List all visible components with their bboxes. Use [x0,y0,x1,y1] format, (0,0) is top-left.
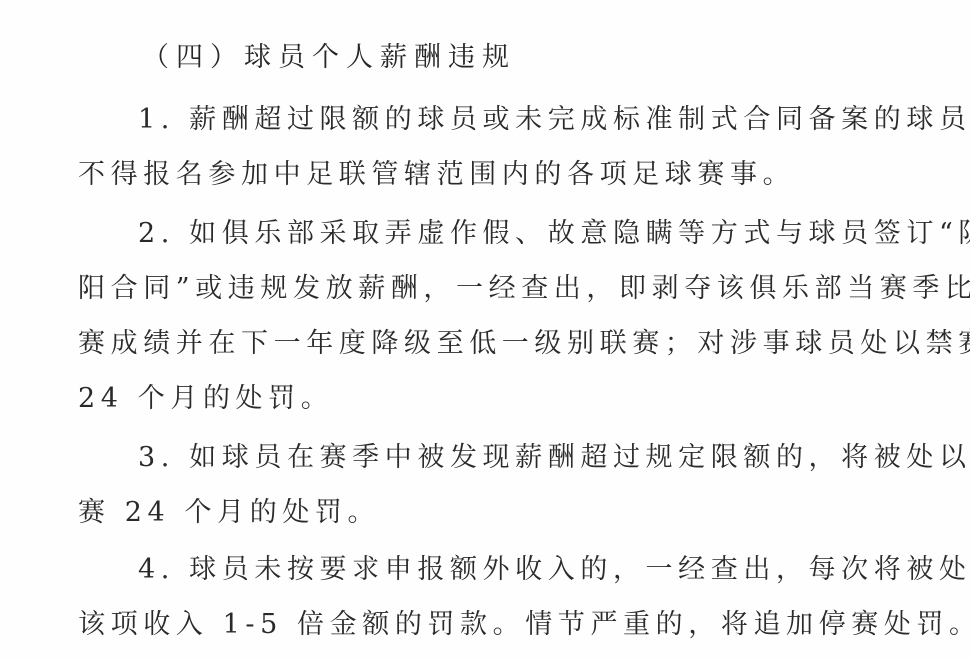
document-page: （四）球员个人薪酬违规 1. 薪酬超过限额的球员或未完成标准制式合同备案的球员，… [0,0,970,660]
paragraph-line: 阳合同”或违规发放薪酬，一经查出，即剥夺该俱乐部当赛季比 [78,261,908,316]
paragraph-line: 赛成绩并在下一年度降级至低一级别联赛；对涉事球员处以禁赛 [78,316,908,371]
paragraph-line: 不得报名参加中足联管辖范围内的各项足球赛事。 [78,147,908,202]
paragraph-line: 3. 如球员在赛季中被发现薪酬超过规定限额的，将被处以禁 [78,430,908,485]
paragraph-line: 2. 如俱乐部采取弄虚作假、故意隐瞒等方式与球员签订“阴 [78,206,908,261]
paragraph-line: 赛 24 个月的处罚。 [78,485,908,540]
paragraph-3: 3. 如球员在赛季中被发现薪酬超过规定限额的，将被处以禁 赛 24 个月的处罚。 [78,430,908,540]
section-heading: （四）球员个人薪酬违规 [142,38,516,78]
paragraph-4: 4. 球员未按要求申报额外收入的，一经查出，每次将被处以 该项收入 1-5 倍金… [78,542,908,652]
paragraph-1: 1. 薪酬超过限额的球员或未完成标准制式合同备案的球员， 不得报名参加中足联管辖… [78,92,908,202]
paragraph-line: 24 个月的处罚。 [78,371,908,426]
paragraph-line: 4. 球员未按要求申报额外收入的，一经查出，每次将被处以 [78,542,908,597]
paragraph-2: 2. 如俱乐部采取弄虚作假、故意隐瞒等方式与球员签订“阴 阳合同”或违规发放薪酬… [78,206,908,426]
paragraph-line: 该项收入 1-5 倍金额的罚款。情节严重的，将追加停赛处罚。 [78,597,908,652]
paragraph-line: 1. 薪酬超过限额的球员或未完成标准制式合同备案的球员， [78,92,908,147]
